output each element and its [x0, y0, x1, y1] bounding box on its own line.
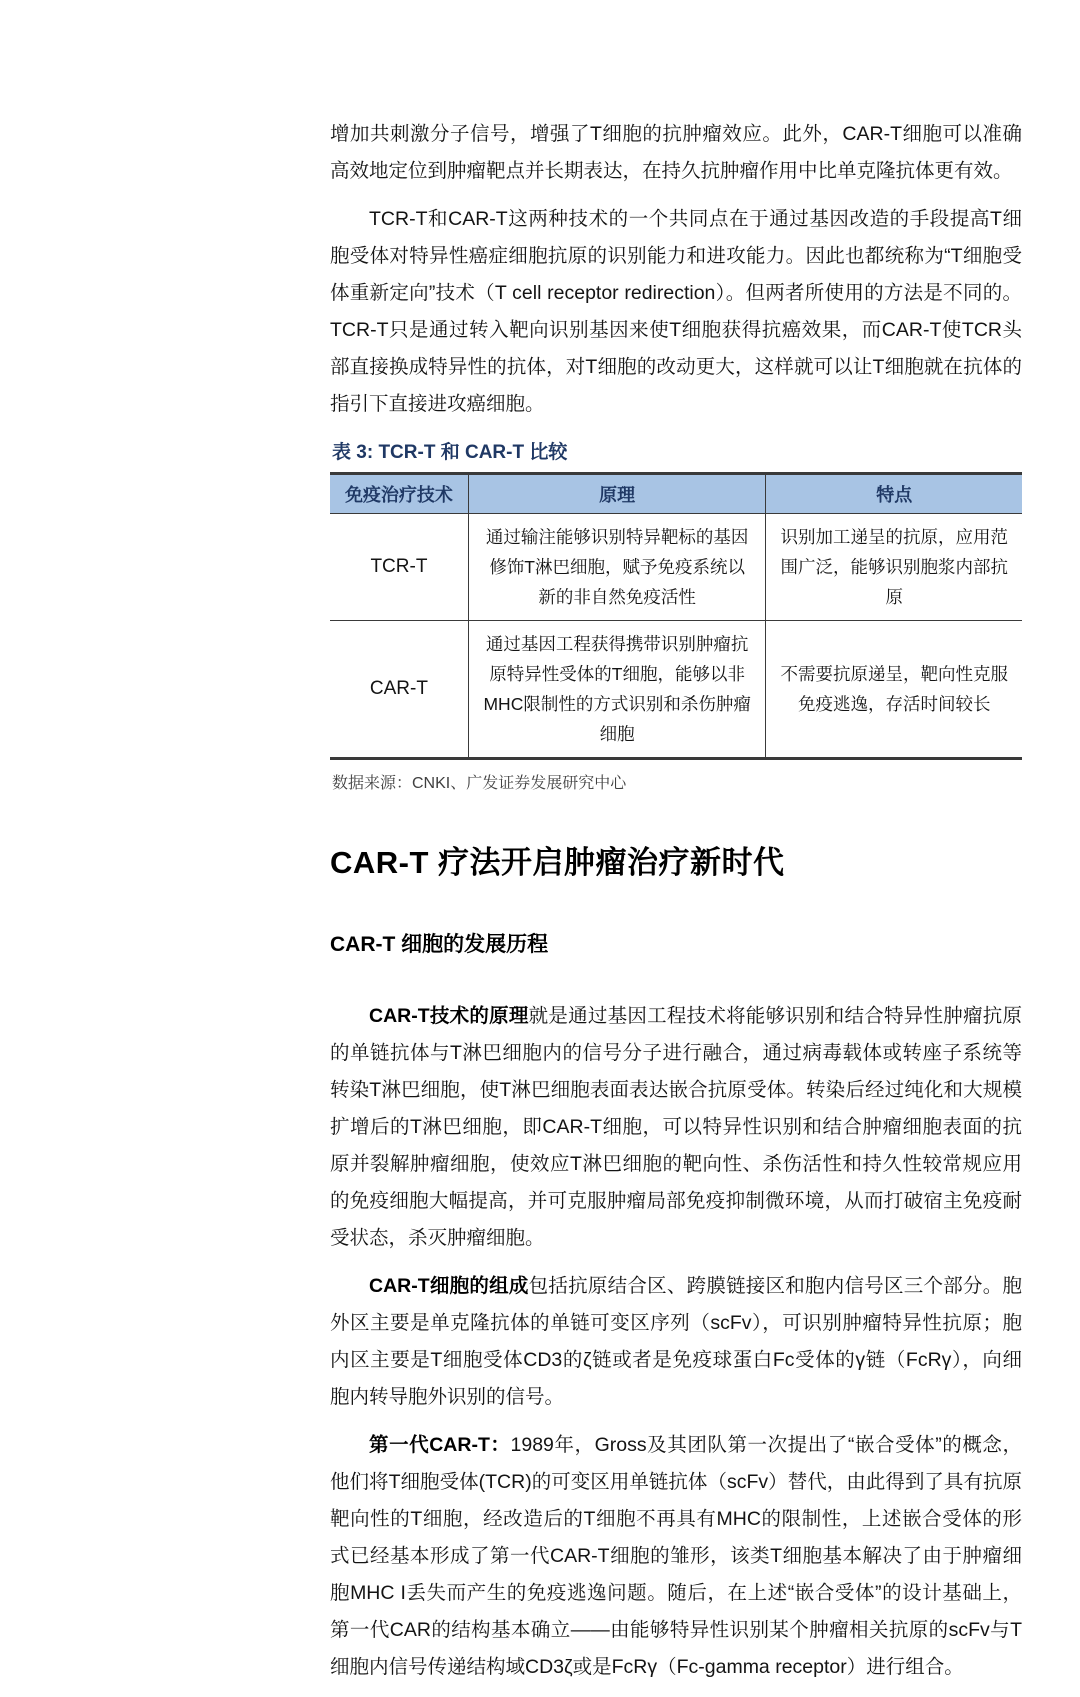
- paragraph-first-gen-cart: 第一代CAR-T：1989年，Gross及其团队第一次提出了“嵌合受体”的概念，…: [330, 1427, 1022, 1686]
- subsection-heading: CAR-T 细胞的发展历程: [330, 928, 1022, 958]
- paragraph-text: 就是通过基因工程技术将能够识别和结合特异性肿瘤抗原的单链抗体与T淋巴细胞内的信号…: [330, 1005, 1022, 1249]
- data-source-note: 数据来源：CNKI、广发证券发展研究中心: [332, 770, 1022, 793]
- paragraph-cart-principle: CAR-T技术的原理就是通过基因工程技术将能够识别和结合特异性肿瘤抗原的单链抗体…: [330, 998, 1022, 1257]
- cell-feature-cart: 不需要抗原递呈，靶向性克服免疫逃逸，存活时间较长: [766, 621, 1022, 759]
- cell-principle-cart: 通过基因工程获得携带识别肿瘤抗原特异性受体的T细胞，能够以非MHC限制性的方式识…: [468, 621, 766, 759]
- paragraph-continuation: 增加共刺激分子信号，增强了T细胞的抗肿瘤效应。此外，CAR-T细胞可以准确高效地…: [330, 116, 1022, 190]
- cell-tech-cart: CAR-T: [330, 621, 468, 759]
- column-header-feature: 特点: [766, 474, 1022, 514]
- paragraph-tcrt-vs-cart: TCR-T和CAR-T这两种技术的一个共同点在于通过基因改造的手段提高T细胞受体…: [330, 201, 1022, 423]
- table-row-cart: CAR-T 通过基因工程获得携带识别肿瘤抗原特异性受体的T细胞，能够以非MHC限…: [330, 621, 1022, 759]
- tcrt-cart-comparison-table: 免疫治疗技术 原理 特点 TCR-T 通过输注能够识别特异靶标的基因修饰T淋巴细…: [330, 472, 1022, 760]
- paragraph-cart-composition: CAR-T细胞的组成包括抗原结合区、跨膜链接区和胞内信号区三个部分。胞外区主要是…: [330, 1268, 1022, 1416]
- paragraph-bold-lead: CAR-T细胞的组成: [369, 1275, 529, 1297]
- paragraph-bold-lead: 第一代CAR-T：: [369, 1434, 511, 1456]
- table-row-tcrt: TCR-T 通过输注能够识别特异靶标的基因修饰T淋巴细胞，赋予免疫系统以新的非自…: [330, 514, 1022, 621]
- table-title: 表 3: TCR-T 和 CAR-T 比较: [332, 437, 1022, 464]
- cell-feature-tcrt: 识别加工递呈的抗原，应用范围广泛，能够识别胞浆内部抗原: [766, 514, 1022, 621]
- report-content-column: 增加共刺激分子信号，增强了T细胞的抗肿瘤效应。此外，CAR-T细胞可以准确高效地…: [330, 0, 1022, 1697]
- cell-principle-tcrt: 通过输注能够识别特异靶标的基因修饰T淋巴细胞，赋予免疫系统以新的非自然免疫活性: [468, 514, 766, 621]
- column-header-immunotherapy-tech: 免疫治疗技术: [330, 474, 468, 514]
- paragraph-bold-lead: CAR-T技术的原理: [369, 1005, 529, 1027]
- comparison-table-block: 表 3: TCR-T 和 CAR-T 比较 免疫治疗技术 原理 特点 TCR-T…: [330, 437, 1022, 793]
- section-heading: CAR-T 疗法开启肿瘤治疗新时代: [330, 837, 1022, 882]
- table-header-row: 免疫治疗技术 原理 特点: [330, 474, 1022, 514]
- column-header-principle: 原理: [468, 474, 766, 514]
- paragraph-text: 1989年，Gross及其团队第一次提出了“嵌合受体”的概念，他们将T细胞受体(…: [330, 1434, 1022, 1678]
- cell-tech-tcrt: TCR-T: [330, 514, 468, 621]
